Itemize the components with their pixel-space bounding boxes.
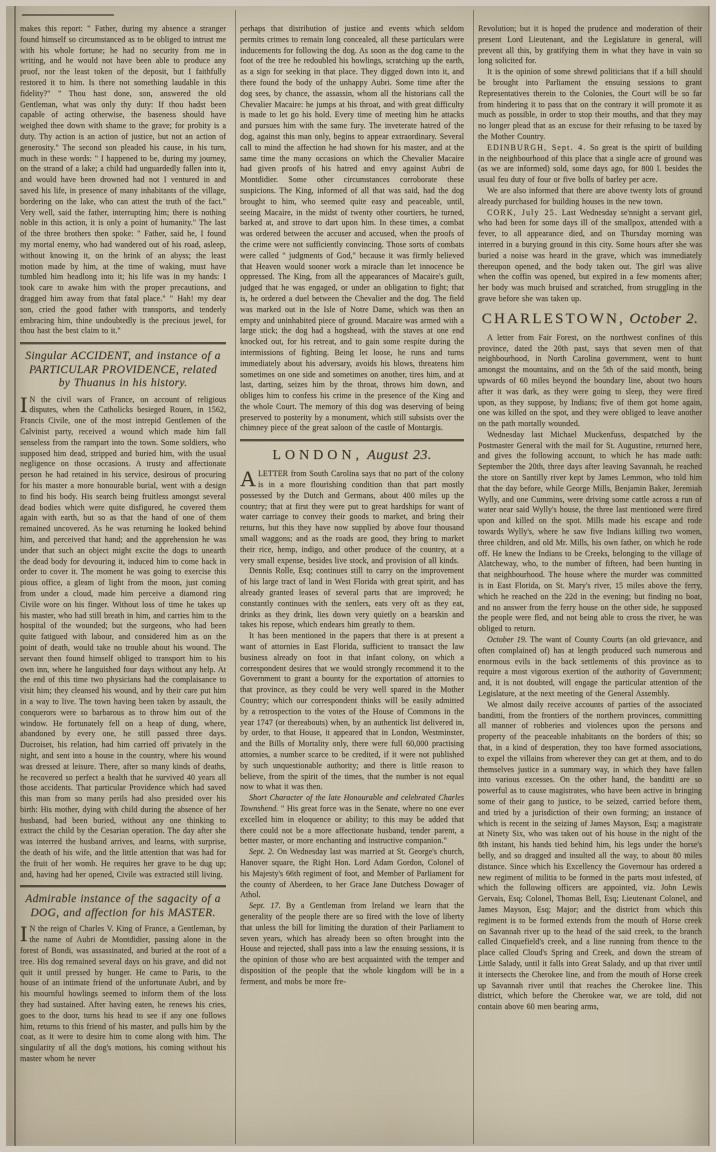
header-rule-fragment <box>22 14 114 16</box>
article-paragraph: Sept. 2. On Wednesday last was married a… <box>240 847 464 901</box>
article-heading: Singular ACCIDENT, and instance of a PAR… <box>24 350 222 391</box>
article-paragraph: Sept. 17. By a Gentleman from Ireland we… <box>240 901 464 987</box>
section-divider <box>20 885 226 888</box>
page-right-edge <box>708 6 709 1146</box>
article-paragraph: A letter from Fair Forest, on the northw… <box>478 333 702 430</box>
paragraph-lead: EDINBURGH, Sept. 4. <box>487 143 586 152</box>
paragraph-lead: Sept. 17. <box>249 901 281 910</box>
dateline-city: CHARLESTOWN, <box>482 311 625 327</box>
article-heading: LONDON, August 23. <box>240 448 464 464</box>
article-paragraph: makes this report: " Father, during my a… <box>20 24 226 337</box>
section-divider <box>240 439 464 442</box>
paragraph-text: On Wednesday last was married at St. Geo… <box>240 847 464 899</box>
article-paragraph: Revolution; but it is hoped the prudence… <box>478 24 702 67</box>
article-paragraph: EDINBURGH, Sept. 4. So great is the spir… <box>478 143 702 186</box>
paragraph-text: The want of County Courts (an old grieva… <box>478 635 702 698</box>
column-right: Revolution; but it is hoped the prudence… <box>478 24 702 1148</box>
paragraph-lead: Sept. 2. <box>249 847 274 856</box>
section-divider <box>20 342 226 345</box>
drop-cap: A <box>240 469 258 488</box>
page-binding-crease <box>14 6 16 1146</box>
column-middle: perhaps that distribution of justice and… <box>240 24 464 1148</box>
article-paragraph: CORK, July 25. Last Wednesday se'nnight … <box>478 208 702 305</box>
dateline-date: August 23. <box>367 448 432 463</box>
article-paragraph: Dennis Rolle, Esq; continues still to ca… <box>240 566 464 631</box>
paragraph-text: N the reign of Charles V. King of France… <box>20 924 226 1063</box>
column-left: makes this report: " Father, during my a… <box>20 24 226 1148</box>
article-paragraph: Short Character of the late Honourable a… <box>240 793 464 847</box>
article-paragraph: October 19. The want of County Courts (a… <box>478 635 702 700</box>
article-paragraph: Wednesday last Michael Muckenfuss, despa… <box>478 430 702 635</box>
article-paragraph: perhaps that distribution of justice and… <box>240 24 464 434</box>
article-paragraph: We almost daily receive accounts of part… <box>478 700 702 1013</box>
paragraph-lead: CORK, July 25. <box>487 208 558 217</box>
paragraph-text: LETTER from South Carolina says that no … <box>240 469 464 564</box>
paragraph-lead: October 19. <box>487 635 527 644</box>
column-container: makes this report: " Father, during my a… <box>20 24 702 1148</box>
article-paragraph: We are also informed that there are abov… <box>478 186 702 208</box>
article-heading: Admirable instance of the sagacity of a … <box>24 893 222 920</box>
dateline-city: LONDON, <box>272 448 363 463</box>
paragraph-text: By a Gentleman from Ireland we learn tha… <box>240 901 464 986</box>
drop-cap: I <box>20 924 29 943</box>
article-paragraph: IN the reign of Charles V. King of Franc… <box>20 924 226 1064</box>
article-heading: CHARLESTOWN, October 2. <box>478 311 702 328</box>
article-paragraph: It is the opinion of some shrewd politic… <box>478 67 702 143</box>
paragraph-text: Last Wednesday se'nnight a servant girl,… <box>478 208 702 303</box>
newspaper-page: makes this report: " Father, during my a… <box>0 0 716 1152</box>
article-paragraph: ALETTER from South Carolina says that no… <box>240 469 464 566</box>
article-paragraph: IN the civil wars of France, on account … <box>20 395 226 881</box>
dateline-date: October 2. <box>629 311 698 327</box>
article-paragraph: It has been mentioned in the papers that… <box>240 631 464 793</box>
paragraph-text: N the civil wars of France, on account o… <box>20 395 226 879</box>
drop-cap: I <box>20 395 29 414</box>
